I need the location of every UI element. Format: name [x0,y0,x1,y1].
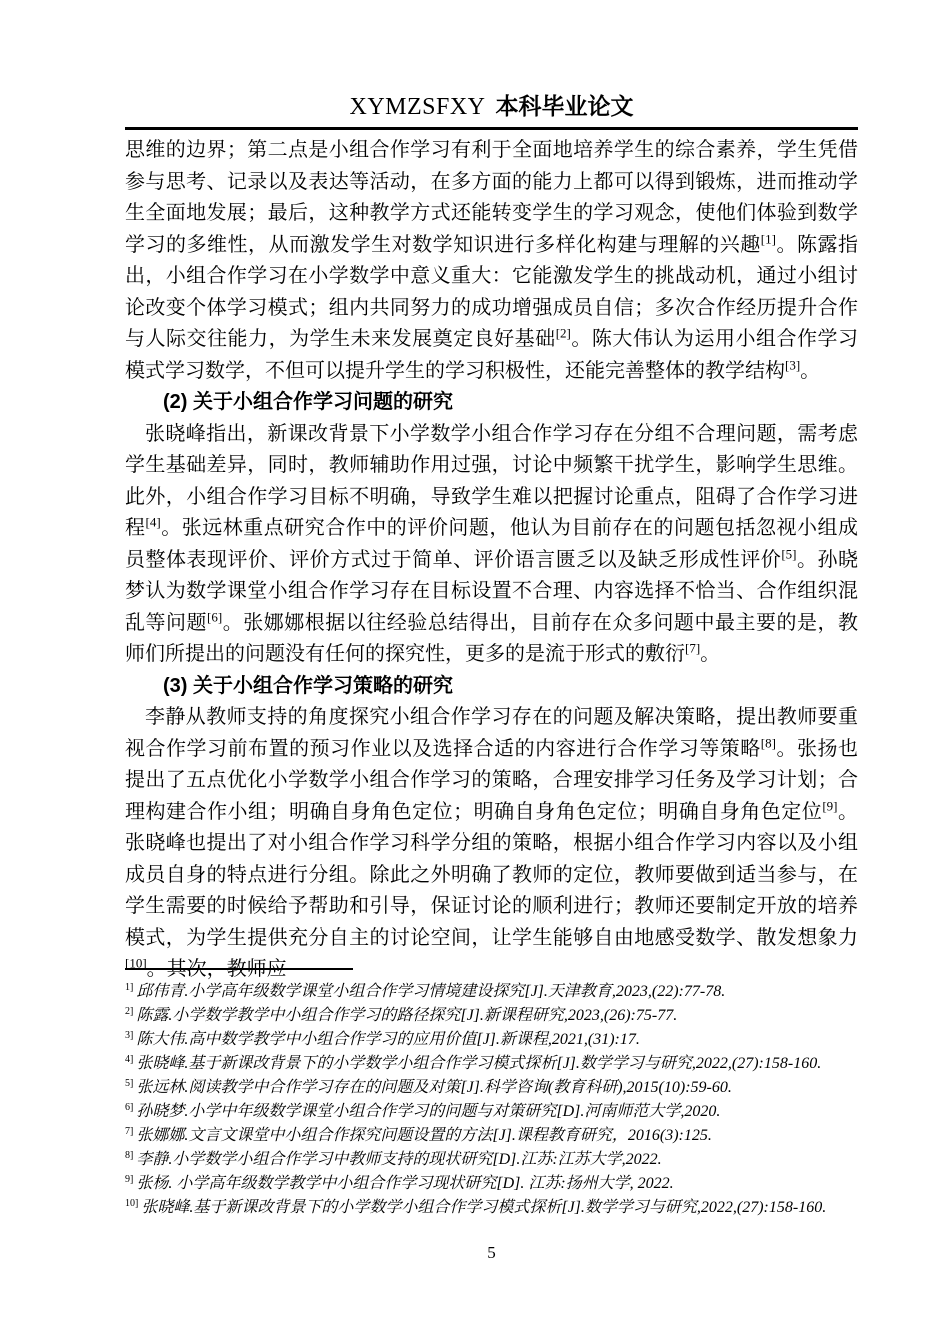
citation-marker: [4] [146,514,161,529]
footnote: 7]张娜娜.文言文课堂中小组合作探究问题设置的方法[J].课程教育研究，2016… [125,1124,858,1148]
footnote: 3]陈大伟.高中数学教学中小组合作学习的应用价值[J].新课程,2021,(31… [125,1028,858,1052]
citation-marker: [7] [685,640,700,655]
footnote: 2]陈露.小学数学教学中小组合作学习的路径探究[J].新课程研究,2023,(2… [125,1004,858,1028]
footnote-marker: 3] [125,1030,133,1041]
footnote-marker: 7] [125,1126,133,1137]
footnote-marker: 4] [125,1054,133,1065]
citation-marker: [9] [822,798,837,813]
footnote: 10]张晓峰.基于新课改背景下的小学数学小组合作学习模式探析[J].数学学习与研… [125,1196,858,1220]
running-head-latin: XYMZSFXY [349,94,485,120]
footnote-marker: 10] [125,1198,138,1209]
footnote-marker: 8] [125,1150,133,1161]
document-page: XYMZSFXY 本科毕业论文 思维的边界；第二点是小组合作学习有利于全面地培养… [125,0,858,1344]
citation-marker: [8] [761,735,776,750]
footnote-marker: 2] [125,1006,133,1017]
citation-marker: [6] [207,609,222,624]
footnote-marker: 6] [125,1102,133,1113]
citation-marker: [3] [785,357,800,372]
body-content: 思维的边界；第二点是小组合作学习有利于全面地培养学生的综合素养，学生凭借参与思考… [125,135,858,986]
footnote: 6]孙晓梦.小学中年级数学课堂小组合作学习的问题与对策研究[D].河南师范大学,… [125,1100,858,1124]
paragraph: 思维的边界；第二点是小组合作学习有利于全面地培养学生的综合素养，学生凭借参与思考… [125,135,858,387]
paragraph: 李静从教师支持的角度探究小组合作学习存在的问题及解决策略，提出教师要重视合作学习… [125,702,858,986]
footnote-marker: 5] [125,1078,133,1089]
citation-marker: [1] [761,231,776,246]
paragraph: 张晓峰指出，新课改背景下小学数学小组合作学习存在分组不合理问题，需考虑学生基础差… [125,419,858,671]
page-number: 5 [125,1243,858,1263]
footnote-area: 1]邱伟青.小学高年级数学课堂小组合作学习情境建设探究[J].天津教育,2023… [125,968,858,1220]
citation-marker: [5] [781,546,796,561]
running-head: XYMZSFXY 本科毕业论文 [125,0,858,130]
footnote-marker: 9] [125,1174,133,1185]
section-heading: (3) 关于小组合作学习策略的研究 [125,671,858,703]
footnote: 9]张杨. 小学高年级数学教学中小组合作学习现状研究[D]. 江苏:扬州大学, … [125,1172,858,1196]
citation-marker: [2] [556,325,571,340]
section-heading: (2) 关于小组合作学习问题的研究 [125,387,858,419]
footnote-separator [125,968,353,970]
footnote-marker: 1] [125,982,133,993]
footnotes-list: 1]邱伟青.小学高年级数学课堂小组合作学习情境建设探究[J].天津教育,2023… [125,980,858,1220]
running-head-title: 本科毕业论文 [496,93,634,119]
footnote: 4]张晓峰.基于新课改背景下的小学数学小组合作学习模式探析[J].数学学习与研究… [125,1052,858,1076]
footnote: 1]邱伟青.小学高年级数学课堂小组合作学习情境建设探究[J].天津教育,2023… [125,980,858,1004]
footnote: 5]张远林.阅读教学中合作学习存在的问题及对策[J].科学咨询(教育科研),20… [125,1076,858,1100]
footnote: 8]李静.小学数学小组合作学习中教师支持的现状研究[D].江苏:江苏大学,202… [125,1148,858,1172]
